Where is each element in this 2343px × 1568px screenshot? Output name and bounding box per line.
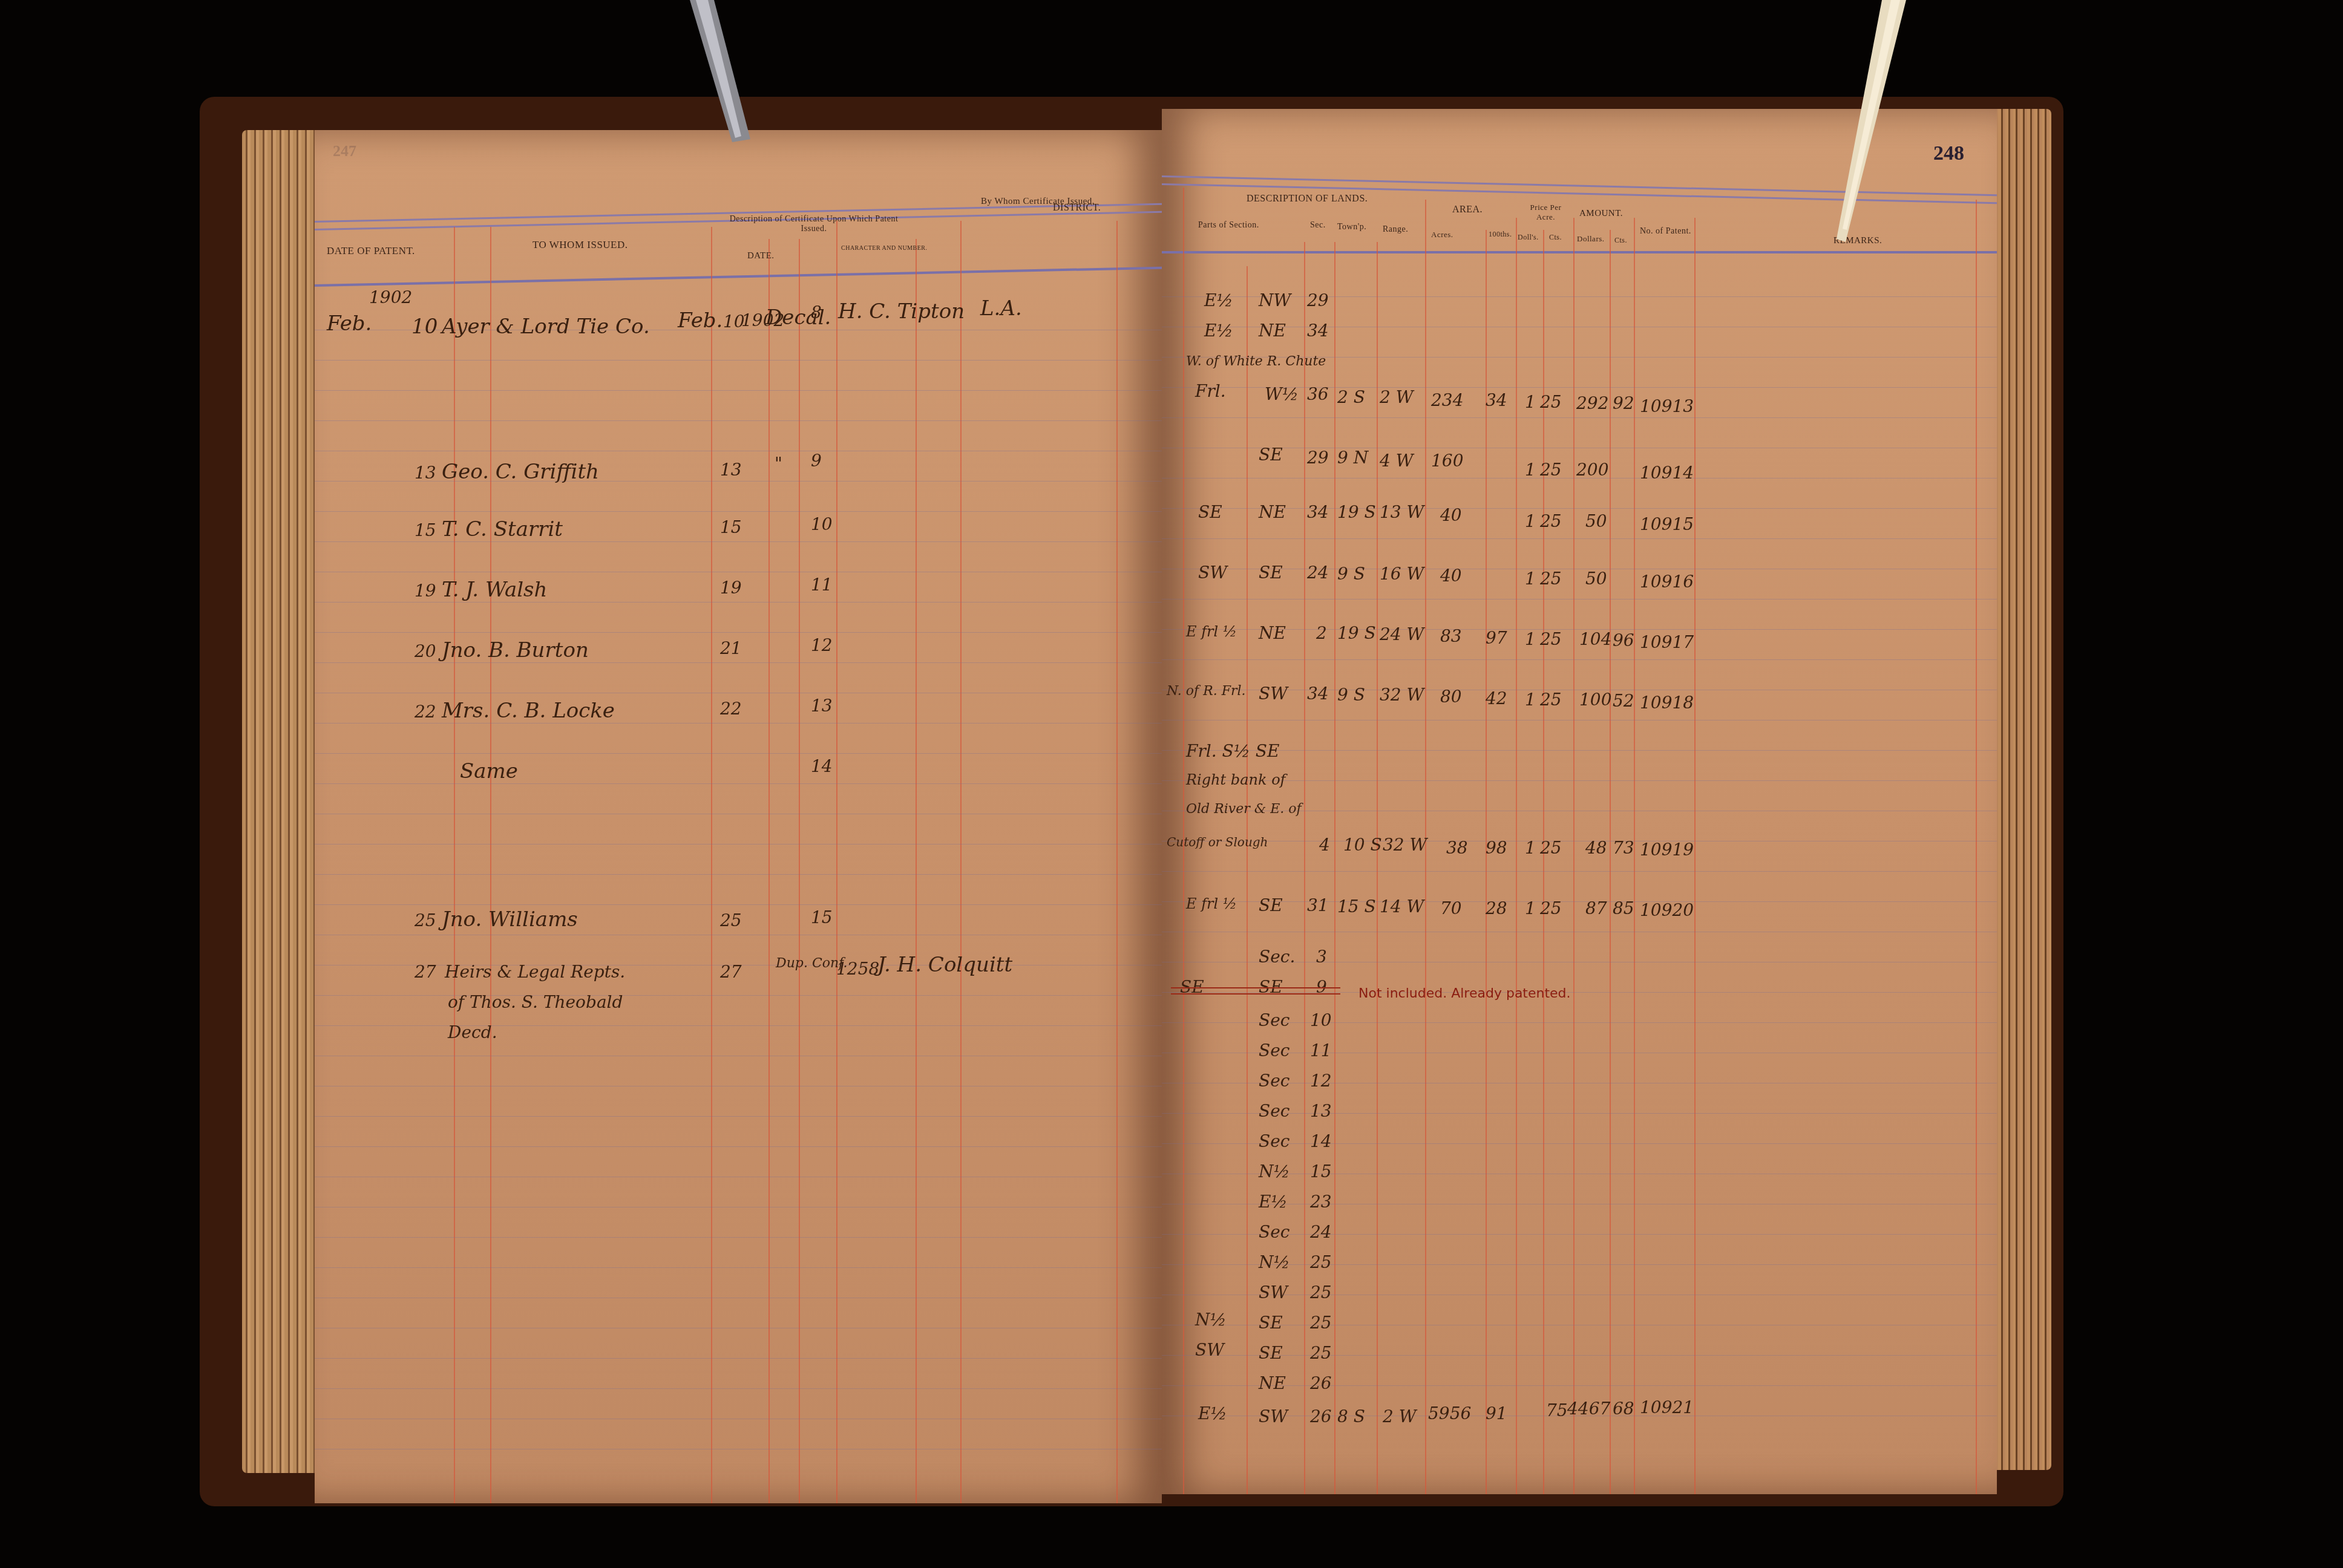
handwritten-cell: 10914 (1640, 463, 1694, 483)
handwritten-cell: N½ (1259, 1161, 1290, 1181)
page-weight-right-icon (1821, 0, 1906, 254)
handwritten-cell: 50 (1585, 569, 1607, 589)
handwritten-cell: 31 (1307, 895, 1329, 915)
handwritten-cell: 87 (1585, 898, 1607, 918)
handwritten-cell: E frl ½ (1186, 895, 1237, 912)
handwritten-cell: 9 S (1337, 685, 1365, 705)
handwritten-cell: 1 (1525, 569, 1536, 589)
handwritten-cell: 1 (1525, 511, 1536, 531)
handwritten-cell: N. of R. Frl. (1167, 684, 1246, 699)
handwritten-cell: 25 (1310, 1343, 1332, 1363)
handwritten-cell: 15 (811, 907, 833, 927)
column-rule (768, 239, 770, 1503)
handwritten-cell: 26 (1310, 1406, 1332, 1426)
row-rule (315, 632, 1162, 633)
handwritten-cell: W½ (1265, 384, 1299, 404)
handwritten-cell: Sec (1259, 1131, 1289, 1151)
handwritten-cell: N½ (1195, 1310, 1227, 1330)
handwritten-cell: 34 (1307, 502, 1329, 522)
row-rule (1162, 659, 1997, 660)
handwritten-cell: Heirs & Legal Repts. (445, 962, 625, 982)
row-rule (1162, 1355, 1997, 1356)
handwritten-cell: SW (1195, 1340, 1224, 1360)
row-rule (1162, 508, 1997, 509)
handwritten-cell: 25 (415, 910, 436, 930)
handwritten-cell: SW (1198, 563, 1227, 583)
left-page: 247 DATE OF PATENT. TO WHOM ISSUED. Desc… (315, 130, 1162, 1503)
row-rule (315, 783, 1162, 784)
row-rule (1162, 448, 1997, 448)
row-rule (315, 723, 1162, 724)
handwritten-cell: 24 (1307, 563, 1329, 583)
handwritten-cell: 9 (811, 451, 822, 471)
row-rule (315, 1116, 1162, 1117)
row-rule (315, 1388, 1162, 1389)
handwritten-cell: Right bank of (1186, 771, 1285, 788)
handwritten-cell: Sec (1259, 1040, 1289, 1060)
column-rule (1543, 230, 1544, 1494)
handwritten-cell: 4 W (1380, 451, 1414, 471)
row-rule (1162, 901, 1997, 902)
handwritten-cell: 32 W (1383, 835, 1427, 855)
handwritten-cell: NE (1259, 321, 1286, 341)
handwritten-cell: 11 (1310, 1040, 1332, 1060)
header-amount-cts: Cts. (1614, 236, 1627, 245)
handwritten-cell: 292 (1576, 393, 1608, 413)
header-area: AREA. (1452, 204, 1483, 215)
handwritten-cell: 34 (1307, 684, 1329, 704)
row-rule (315, 511, 1162, 512)
handwritten-cell: 91 (1486, 1403, 1507, 1423)
row-rule (315, 1177, 1162, 1177)
handwritten-cell: Jno. B. Burton (442, 638, 589, 662)
handwritten-cell: 4467 (1567, 1399, 1610, 1419)
handwritten-cell: 1 (1525, 392, 1536, 412)
handwritten-cell: 200 (1576, 460, 1608, 480)
row-rule (315, 844, 1162, 844)
handwritten-cell: 10915 (1640, 514, 1694, 534)
month: Feb. (327, 312, 372, 336)
handwritten-cell: 25 (720, 910, 742, 930)
handwritten-cell: 98 (1486, 838, 1507, 858)
handwritten-cell: 24 (1310, 1222, 1332, 1242)
row-rule (315, 904, 1162, 905)
handwritten-cell: 73 (1613, 838, 1634, 858)
handwritten-cell: Sec (1259, 1071, 1289, 1091)
handwritten-cell: 25 (1540, 511, 1562, 531)
header-hundredths: 100ths. (1489, 230, 1512, 239)
handwritten-cell: SE (1198, 502, 1222, 522)
right-page-number: 248 (1933, 142, 1964, 165)
handwritten-cell: 25 (1310, 1282, 1332, 1302)
header-date: DATE. (747, 251, 775, 261)
handwritten-cell: 48 (1585, 838, 1607, 858)
right-page-edges (1991, 109, 2051, 1470)
handwritten-cell: Sec (1259, 1101, 1289, 1121)
header-acres: Acres. (1431, 230, 1453, 240)
handwritten-cell: 104 (1579, 629, 1611, 649)
column-rule (1116, 221, 1118, 1503)
handwritten-cell: 85 (1613, 898, 1634, 918)
handwritten-cell: 19 (415, 581, 436, 601)
handwritten-cell: 26 (1310, 1373, 1332, 1393)
row-rule (1162, 327, 1997, 327)
row-rule (315, 693, 1162, 693)
handwritten-cell: 25 (1540, 460, 1562, 480)
left-page-number: 247 (333, 142, 356, 160)
handwritten-cell: 25 (1540, 898, 1562, 918)
handwritten-cell: 10913 (1640, 396, 1694, 416)
handwritten-cell: 10 (811, 514, 833, 534)
handwritten-cell: J. H. Colquitt (877, 953, 1012, 977)
handwritten-cell: 25 (1540, 392, 1562, 412)
header-amount: AMOUNT. (1579, 209, 1623, 219)
column-rule (1486, 230, 1487, 1494)
row-rule (1162, 720, 1997, 720)
handwritten-cell: 13 (415, 463, 436, 483)
handwritten-cell: 5956 (1428, 1403, 1471, 1423)
column-rule (1573, 218, 1575, 1494)
handwritten-cell: SE (1259, 895, 1283, 915)
handwritten-cell: 12 (811, 635, 833, 655)
handwritten-cell: 22 (720, 699, 742, 719)
handwritten-cell: 13 (811, 696, 833, 716)
handwritten-cell: Feb. (678, 309, 723, 333)
handwritten-cell: 15 S (1337, 897, 1376, 916)
right-page: 248 DESCRIPTION OF LANDS. Parts of Secti… (1162, 109, 1997, 1494)
column-rule (1976, 200, 1977, 1494)
handwritten-cell: 10921 (1640, 1397, 1694, 1417)
handwritten-cell: Same (460, 759, 518, 783)
page-weight-left-icon (684, 0, 756, 145)
handwritten-cell: 42 (1486, 688, 1507, 708)
row-rule (315, 1419, 1162, 1419)
handwritten-cell: SE (1259, 1313, 1283, 1333)
handwritten-cell: Sec. (1259, 947, 1295, 967)
row-rule (315, 572, 1162, 572)
handwritten-cell: 21 (720, 638, 742, 658)
handwritten-cell: Ayer & Lord Tie Co. (442, 315, 650, 339)
column-rule (799, 239, 800, 1503)
handwritten-cell: NW (1259, 290, 1291, 310)
header-to-whom-issued: TO WHOM ISSUED. (532, 239, 628, 251)
handwritten-cell: 28 (1486, 898, 1507, 918)
handwritten-cell: 2 S (1337, 387, 1365, 407)
handwritten-cell: L.A. (980, 296, 1022, 321)
row-rule (315, 390, 1162, 391)
handwritten-cell: 25 (1540, 629, 1562, 649)
row-rule (315, 935, 1162, 935)
handwritten-cell: 1 (1525, 629, 1536, 649)
handwritten-cell: 29 (1307, 448, 1329, 468)
handwritten-cell: 68 (1613, 1399, 1634, 1419)
handwritten-cell: 97 (1486, 628, 1507, 648)
row-rule (315, 1298, 1162, 1298)
handwritten-cell: Geo. C. Griffith (442, 460, 599, 484)
column-rule (836, 221, 837, 1503)
row-rule (315, 1086, 1162, 1086)
handwritten-cell: 75 (1546, 1400, 1568, 1420)
handwritten-cell: 38 (1446, 838, 1468, 858)
row-rule (315, 360, 1162, 361)
handwritten-cell: 2 W (1383, 1406, 1417, 1426)
handwritten-cell: 25 (1540, 838, 1562, 858)
handwritten-cell: 3 (1316, 947, 1327, 967)
handwritten-cell: 10 (1310, 1010, 1332, 1030)
handwritten-cell: 24 W (1380, 624, 1424, 644)
handwritten-cell: 1 (1525, 838, 1536, 858)
handwritten-cell: Sec (1259, 1010, 1289, 1030)
handwritten-cell: N½ (1259, 1252, 1290, 1272)
handwritten-cell: E½ (1259, 1192, 1288, 1212)
header-date-of-patent: DATE OF PATENT. (327, 245, 415, 257)
handwritten-cell: SW (1259, 1406, 1288, 1426)
row-rule (315, 541, 1162, 542)
row-rule (315, 753, 1162, 754)
handwritten-cell: 11 (811, 575, 833, 595)
handwritten-cell: 29 (1307, 290, 1329, 310)
row-rule (1162, 599, 1997, 599)
row-rule (315, 1056, 1162, 1056)
handwritten-cell: 8 (811, 302, 822, 322)
handwritten-cell: Cutoff or Slough (1167, 835, 1268, 849)
column-rule (960, 221, 962, 1503)
row-rule (315, 1207, 1162, 1207)
column-rule (1694, 218, 1696, 1494)
handwritten-cell: 10917 (1640, 632, 1694, 652)
handwritten-cell: 32 W (1380, 685, 1424, 705)
header-parts-of-section: Parts of Section. (1198, 221, 1259, 230)
handwritten-cell: 14 (811, 756, 833, 776)
column-rule (1247, 266, 1248, 1494)
row-rule (1162, 538, 1997, 539)
row-rule (315, 814, 1162, 814)
handwritten-cell: 100 (1579, 690, 1611, 710)
handwritten-cell: 10 (411, 315, 437, 339)
handwritten-cell: 15 (415, 520, 436, 540)
handwritten-cell: SE (1259, 445, 1283, 465)
row-rule (1162, 569, 1997, 569)
handwritten-cell: 4 (1319, 835, 1330, 855)
row-rule (315, 1358, 1162, 1359)
handwritten-cell: 25 (1310, 1252, 1332, 1272)
header-certificate-description: Description of Certificate Upon Which Pa… (717, 215, 911, 234)
left-page-edges (242, 130, 321, 1473)
year: 1902 (369, 287, 412, 307)
strikethrough (1171, 987, 1340, 995)
handwritten-cell: E½ (1198, 1403, 1227, 1423)
handwritten-cell: 36 (1307, 384, 1329, 404)
handwritten-cell: 10918 (1640, 693, 1694, 713)
row-rule (315, 1328, 1162, 1328)
handwritten-cell: Sec (1259, 1222, 1289, 1242)
header-district: DISTRICT. (1053, 203, 1101, 214)
handwritten-cell: 13 (1310, 1101, 1332, 1121)
handwritten-cell: 25 (1540, 690, 1562, 710)
row-rule (1162, 417, 1997, 418)
handwritten-cell: 160 (1431, 451, 1463, 471)
handwritten-cell: 15 (720, 517, 742, 537)
header-description-of-lands: DESCRIPTION OF LANDS. (1247, 194, 1368, 204)
handwritten-cell: 8 S (1337, 1406, 1365, 1426)
handwritten-cell: NE (1259, 623, 1286, 643)
column-rule (1334, 242, 1335, 1494)
handwritten-cell: 27 (415, 962, 436, 982)
row-rule (315, 602, 1162, 603)
handwritten-cell: 40 (1440, 566, 1462, 586)
handwritten-cell: SW (1259, 684, 1288, 704)
handwritten-cell: 1 (1525, 460, 1536, 480)
handwritten-cell: 52 (1613, 691, 1634, 711)
handwritten-cell: 14 (1310, 1131, 1332, 1151)
handwritten-cell: 15 (1310, 1161, 1332, 1181)
column-rule (711, 227, 712, 1503)
red-remark: Not included. Already patented. (1358, 986, 1571, 1001)
handwritten-cell: 10 S (1343, 835, 1382, 855)
column-rule (454, 227, 455, 1503)
handwritten-cell: 23 (1310, 1192, 1332, 1212)
header-price-per-acre: Price Per Acre. (1520, 203, 1571, 222)
handwritten-cell: 2 W (1380, 387, 1414, 407)
handwritten-cell: SW (1259, 1282, 1288, 1302)
handwritten-cell: NE (1259, 502, 1286, 522)
column-rule (1516, 218, 1517, 1494)
column-rule (1377, 242, 1378, 1494)
column-rule (916, 239, 917, 1503)
header-character-number: CHARACTER AND NUMBER. (841, 245, 927, 252)
handwritten-cell: T. C. Starrit (442, 517, 563, 541)
row-rule (1162, 1385, 1997, 1386)
row-rule (315, 1025, 1162, 1026)
handwritten-cell: 9 N (1337, 448, 1368, 468)
handwritten-cell: 20 (415, 641, 436, 661)
handwritten-cell: 50 (1585, 511, 1607, 531)
row-rule (315, 662, 1162, 663)
row-rule (315, 1237, 1162, 1238)
row-rule (315, 995, 1162, 996)
handwritten-cell: 9 S (1337, 564, 1365, 584)
header-dolls: Doll's. (1518, 233, 1539, 242)
header-cts: Cts. (1549, 233, 1562, 242)
row-rule (1162, 871, 1997, 872)
handwritten-cell: 12 (1310, 1071, 1332, 1091)
handwritten-cell: Old River & E. of (1186, 802, 1302, 817)
handwritten-cell: 19 S (1337, 623, 1376, 643)
handwritten-cell: 1258 (836, 959, 879, 979)
handwritten-cell: Frl. (1195, 381, 1226, 401)
row-rule (1162, 1325, 1997, 1325)
row-rule (315, 420, 1162, 421)
handwritten-cell: 10920 (1640, 900, 1694, 920)
handwritten-cell: 19 S (1337, 502, 1376, 522)
handwritten-cell: 10919 (1640, 840, 1694, 860)
row-rule (315, 1146, 1162, 1147)
handwritten-cell: 234 (1431, 390, 1463, 410)
handwritten-cell: Frl. S½ SE (1186, 741, 1279, 761)
handwritten-cell: E½ (1204, 290, 1233, 310)
handwritten-cell: of Thos. S. Theobald (448, 992, 623, 1012)
column-rule (490, 227, 491, 1503)
handwritten-cell: 25 (1310, 1313, 1332, 1333)
handwritten-cell: 10916 (1640, 572, 1694, 592)
handwritten-cell: E frl ½ (1186, 623, 1237, 640)
handwritten-cell: 70 (1440, 898, 1462, 918)
handwritten-cell: Decd. (448, 1022, 497, 1042)
row-rule (315, 1267, 1162, 1268)
handwritten-cell: 2 (1316, 623, 1327, 643)
handwritten-cell: 40 (1440, 505, 1462, 525)
handwritten-cell: 22 (415, 702, 436, 722)
column-rule (1304, 242, 1305, 1494)
header-sec: Sec. (1310, 221, 1326, 230)
header-bottom-rule (315, 267, 1162, 287)
row-rule (1162, 750, 1997, 751)
handwritten-cell: 1 (1525, 898, 1536, 918)
row-rule (315, 451, 1162, 451)
handwritten-cell: 19 (720, 578, 742, 598)
handwritten-cell: Mrs. C. B. Locke (442, 699, 615, 723)
handwritten-cell: H. C. Tipton (838, 299, 965, 324)
row-rule (315, 1449, 1162, 1449)
column-rule (1610, 230, 1611, 1494)
handwritten-cell: 34 (1486, 390, 1507, 410)
handwritten-cell: W. of White R. Chute (1186, 354, 1326, 369)
row-rule (315, 874, 1162, 875)
handwritten-cell: 34 (1307, 321, 1329, 341)
handwritten-cell: 13 W (1380, 502, 1424, 522)
handwritten-cell: E½ (1204, 321, 1233, 341)
handwritten-cell: 13 (720, 460, 742, 480)
handwritten-cell: 83 (1440, 626, 1462, 646)
handwritten-cell: SE (1259, 1343, 1283, 1363)
header-no-of-patent: No. of Patent. (1640, 227, 1691, 237)
handwritten-cell: 25 (1540, 569, 1562, 589)
handwritten-cell: Jno. Williams (442, 907, 578, 932)
handwritten-cell: 92 (1613, 393, 1634, 413)
handwritten-cell: 1 (1525, 690, 1536, 710)
handwritten-cell: T. J. Walsh (442, 578, 547, 602)
row-rule (1162, 841, 1997, 841)
handwritten-cell: NE (1259, 1373, 1286, 1393)
handwritten-cell: 16 W (1380, 564, 1424, 584)
row-rule (1162, 780, 1997, 781)
handwritten-cell: " (775, 454, 782, 474)
handwritten-cell: 27 (720, 962, 742, 982)
header-range: Range. (1383, 225, 1408, 235)
handwritten-cell: 14 W (1380, 897, 1424, 916)
row-rule (1162, 932, 1997, 932)
handwritten-cell: SE (1259, 563, 1283, 583)
handwritten-cell: 80 (1440, 687, 1462, 707)
header-dollars: Dollars. (1577, 234, 1605, 244)
handwritten-cell: 96 (1613, 630, 1634, 650)
header-township: Town'p. (1337, 223, 1366, 232)
